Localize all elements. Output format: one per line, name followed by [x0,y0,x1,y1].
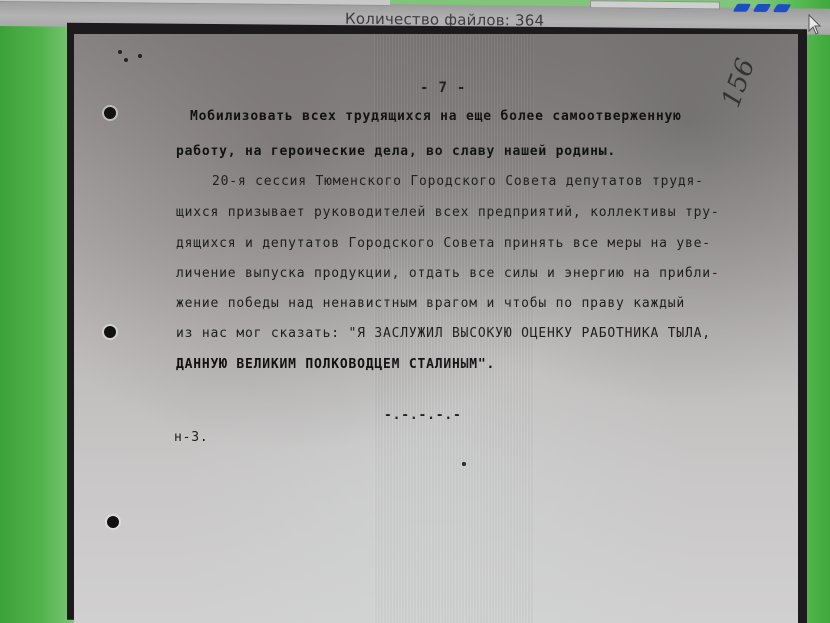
document-line: 20-я сессия Тюменского Городского Совета… [212,174,704,189]
page-number: - 7 - [420,80,466,96]
document-line: ДАННУЮ ВЕЛИКИМ ПОЛКОВОДЦЕМ СТАЛИНЫМ". [176,357,495,372]
window-edge [0,0,390,6]
speck [124,58,128,62]
blue-toolbar-icon[interactable] [773,4,792,12]
toolbar-icons [735,4,789,13]
punch-hole [104,107,116,119]
window-edge [590,0,720,9]
speck [118,50,122,54]
separator-line: -.-.-.-.- [384,408,462,423]
document-line: Мобилизовать всех трудящихся на еще боле… [190,109,682,124]
punch-hole [104,326,116,338]
speck [138,54,142,58]
document-line: жение победы над ненавистным врагом и чт… [176,296,685,311]
punch-hole [107,516,119,528]
blue-toolbar-icon[interactable] [753,4,772,12]
archive-sheet-number: 156 [716,55,761,112]
document-line: личение выпуска продукции, отдать все си… [176,266,719,281]
arrow-cursor-icon [808,14,822,36]
speck [462,462,466,466]
document-line: дящихся и депутатов Городского Совета пр… [176,236,711,251]
scanned-document-page[interactable]: - 7 - 156 Мобилизовать всех трудящихся н… [74,34,798,623]
blue-toolbar-icon[interactable] [733,4,752,12]
document-reference: н-3. [174,430,209,445]
document-line: работу, на героические дела, во славу на… [176,144,616,159]
document-line: щихся призывает руководителей всех предп… [176,205,719,220]
document-line: из нас мог сказать: "Я ЗАСЛУЖИЛ ВЫСОКУЮ … [176,326,711,341]
